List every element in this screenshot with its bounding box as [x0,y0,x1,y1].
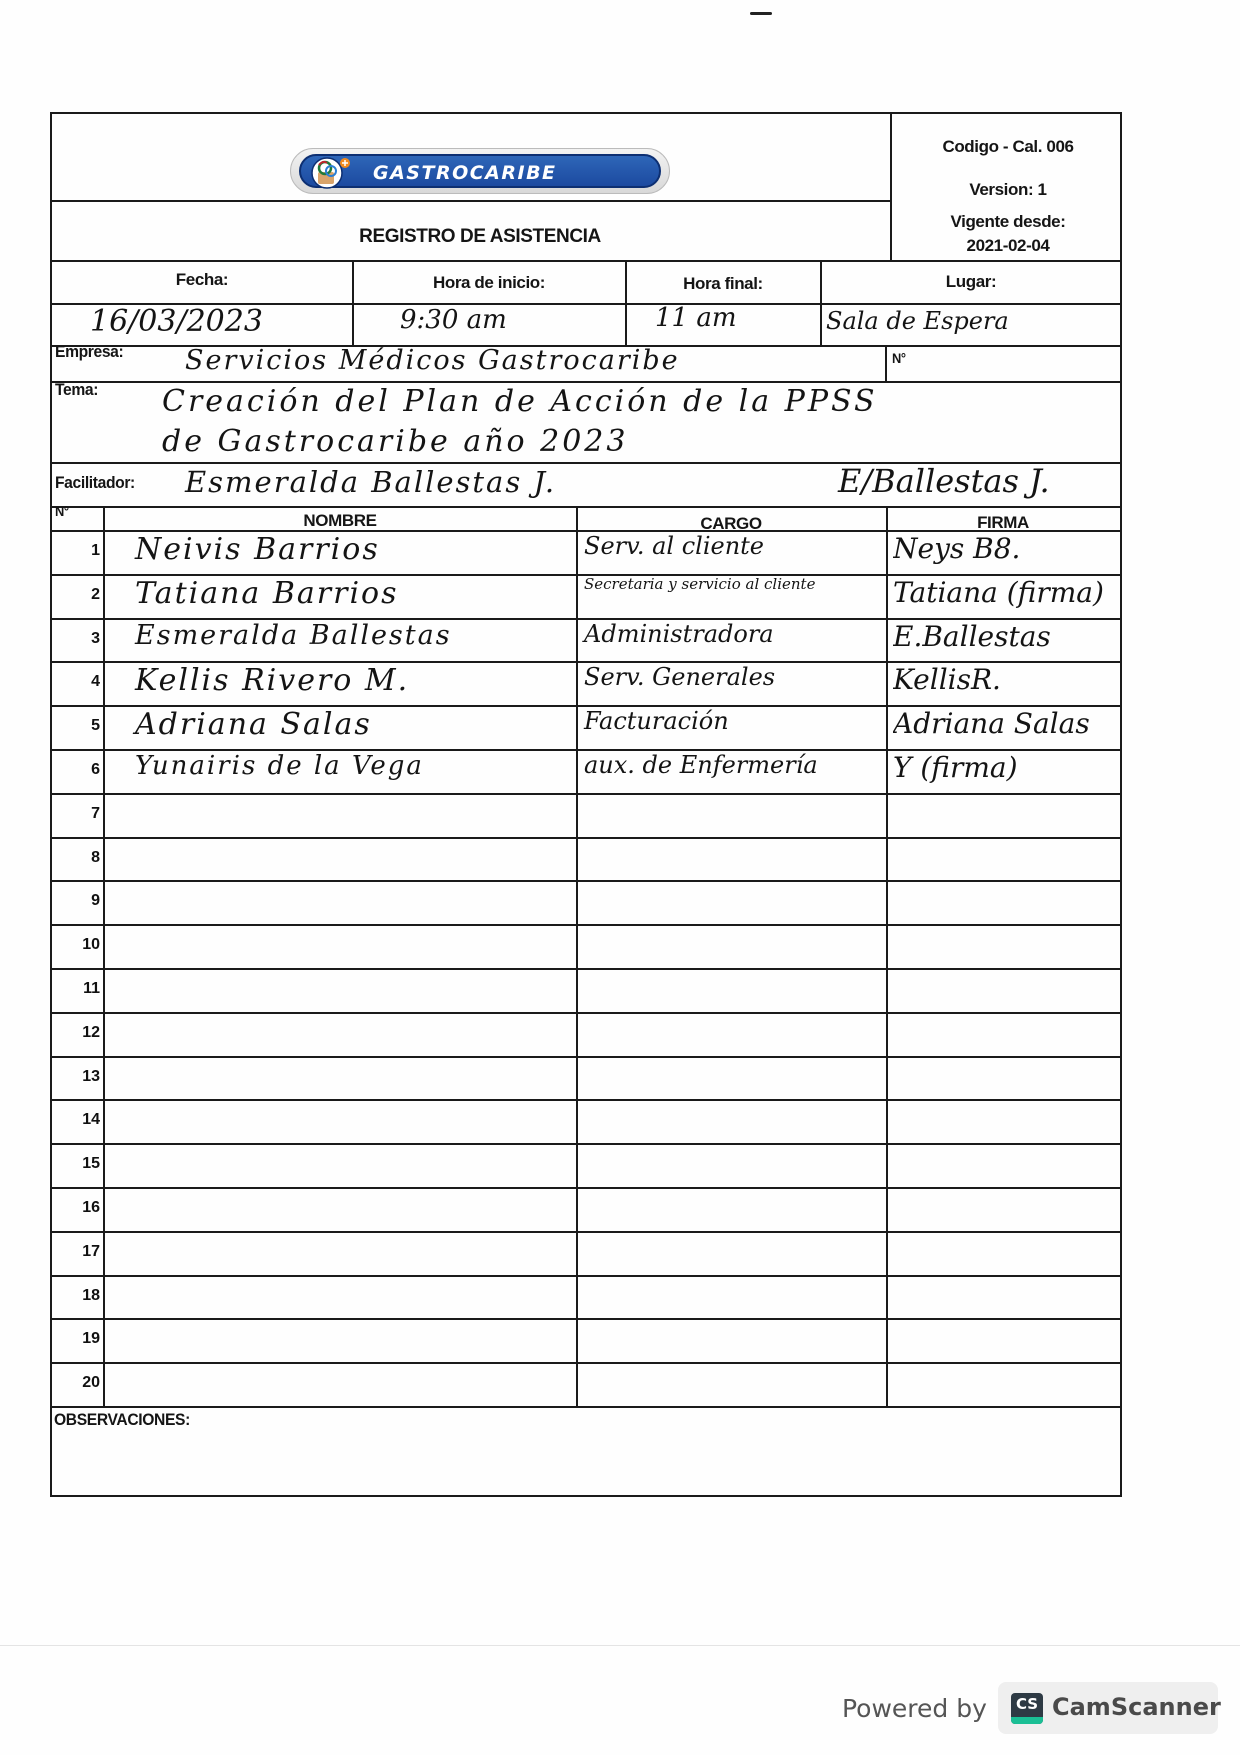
row-number: 3 [54,630,100,648]
gastrocaribe-logo: GASTROCARIBE [290,148,670,194]
camscanner-name: CamScanner [1052,1693,1221,1721]
camscanner-badge[interactable]: CS CamScanner [998,1682,1218,1734]
row-number: 15 [54,1155,100,1173]
divider [886,507,888,1407]
document-version: Version: 1 [898,180,1118,200]
row-divider [50,924,1122,926]
facilitador-label: Facilitador: [55,473,135,493]
cell-cargo[interactable]: Serv. al cliente [584,532,764,560]
cell-firma[interactable]: Neys B8. [893,532,1020,565]
hora-inicio-label: Hora de inicio: [354,273,624,293]
powered-by-text: Powered by [842,1694,987,1723]
col-num-header: N° [55,503,69,519]
divider [50,200,890,202]
facilitador-value: Esmeralda Ballestas J. [185,465,556,499]
cell-nombre[interactable]: Esmeralda Ballestas [135,620,452,651]
camscanner-icon: CS [1011,1693,1043,1724]
row-number: 1 [54,542,100,560]
row-divider [50,1056,1122,1058]
row-divider [50,880,1122,882]
row-number: 12 [54,1024,100,1042]
divider [103,507,105,1407]
row-number: 6 [54,761,100,779]
observaciones-label: OBSERVACIONES: [54,1410,190,1430]
row-divider [50,968,1122,970]
cell-cargo[interactable]: aux. de Enfermería [584,751,818,779]
brand-name: GASTROCARIBE [373,162,557,184]
row-divider [50,793,1122,795]
row-number: 11 [54,980,100,998]
col-firma-header: FIRMA [887,513,1119,533]
row-divider [50,1099,1122,1101]
fecha-label: Fecha: [52,270,352,290]
row-divider [50,1231,1122,1233]
row-divider [50,1143,1122,1145]
row-number: 19 [54,1330,100,1348]
row-divider [50,837,1122,839]
divider [890,112,892,260]
divider [885,345,887,382]
cell-cargo[interactable]: Serv. Generales [584,663,775,691]
fecha-value: 16/03/2023 [90,304,263,339]
row-number: 7 [54,805,100,823]
row-divider [50,1012,1122,1014]
row-divider [50,1362,1122,1364]
valid-from-label: Vigente desde: [898,212,1118,232]
empresa-value: Servicios Médicos Gastrocaribe [185,345,680,376]
cell-firma[interactable]: KellisR. [893,663,1001,696]
scan-edge [0,1645,1240,1646]
scan-mark [750,12,772,15]
row-number: 16 [54,1199,100,1217]
form-title: REGISTRO DE ASISTENCIA [330,226,630,248]
empresa-label: Empresa: [55,342,123,362]
hora-final-value: 11 am [655,303,737,333]
cell-nombre[interactable]: Neivis Barrios [135,532,380,567]
cell-firma[interactable]: Adriana Salas [893,707,1090,740]
cell-cargo[interactable]: Facturación [584,707,729,735]
divider [50,381,1122,383]
cell-cargo[interactable]: Administradora [584,620,774,648]
lugar-label: Lugar: [822,272,1120,292]
row-divider [50,1187,1122,1189]
row-number: 14 [54,1111,100,1129]
hora-final-label: Hora final: [627,274,819,294]
row-number: 5 [54,717,100,735]
row-number: 13 [54,1068,100,1086]
facilitador-signature: E/Ballestas J. [838,462,1050,500]
col-cargo-header: CARGO [577,514,885,534]
cell-nombre[interactable]: Adriana Salas [135,707,372,742]
tema-line2: de Gastrocaribe año 2023 [162,424,628,459]
row-number: 4 [54,673,100,691]
hora-inicio-value: 9:30 am [400,305,507,335]
divider [576,507,578,1407]
cell-firma[interactable]: Tatiana (firma) [893,576,1104,609]
tema-label: Tema: [55,380,98,400]
valid-from-date: 2021-02-04 [898,236,1118,256]
row-number: 2 [54,586,100,604]
row-divider [50,1318,1122,1320]
lugar-value: Sala de Espera [826,307,1009,335]
cell-nombre[interactable]: Kellis Rivero M. [135,663,409,698]
cell-cargo[interactable]: Secretaria y servicio al cliente [584,576,874,593]
divider [50,260,1122,262]
cell-firma[interactable]: E.Ballestas [893,620,1051,653]
col-nombre-header: NOMBRE [105,511,575,531]
numero-label: N° [892,350,906,366]
divider [50,1406,1122,1408]
row-divider [50,1275,1122,1277]
cell-firma[interactable]: Y (firma) [893,751,1018,784]
row-number: 18 [54,1287,100,1305]
medical-bag-icon [307,157,351,189]
divider [50,506,1122,508]
row-number: 9 [54,892,100,910]
cell-nombre[interactable]: Yunairis de la Vega [135,751,424,781]
tema-line1: Creación del Plan de Acción de la PPSS [162,384,878,419]
row-number: 8 [54,849,100,867]
row-number: 17 [54,1243,100,1261]
row-number: 10 [54,936,100,954]
row-number: 20 [54,1374,100,1392]
document-code: Codigo - Cal. 006 [898,137,1118,157]
cell-nombre[interactable]: Tatiana Barrios [135,576,399,611]
